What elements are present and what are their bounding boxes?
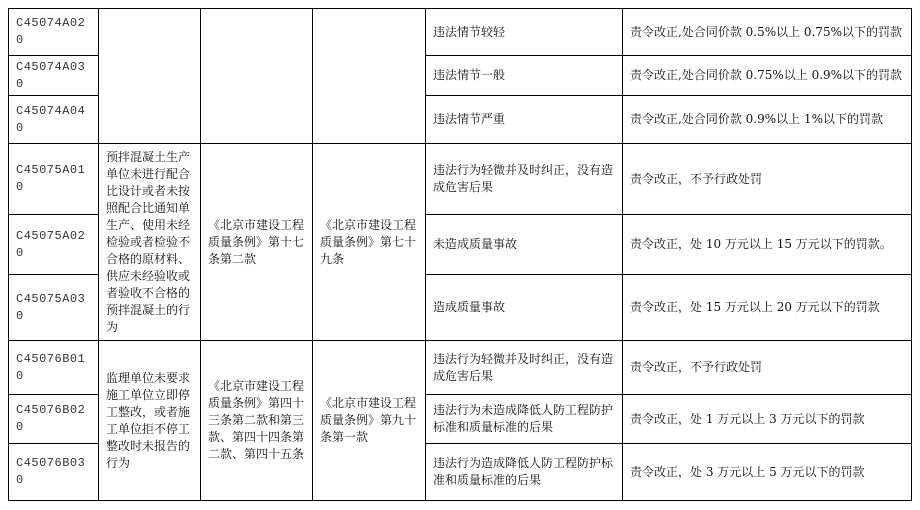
table-row: C45076B010 监理单位未要求施工单位立即停工整改，或者施工单位拒不停工整…: [9, 341, 912, 395]
legal-basis: 《北京市建设工程质量条例》第四十三条第二款和第三款、第四十四条第二款、第四十五条: [201, 341, 313, 501]
item-code: C45074A020: [9, 9, 99, 56]
violation-situation: 未造成质量事故: [426, 215, 623, 275]
violation-situation: 违法情节较轻: [426, 9, 623, 56]
item-code: C45075A030: [9, 275, 99, 341]
penalty-standard: 责令改正,处合同价款 0.9%以上 1%以下的罚款: [623, 96, 912, 144]
table-row: C45075A010 预拌混凝土生产单位未进行配合比设计或者未按照配合比通知单生…: [9, 144, 912, 215]
violation-description: [99, 9, 201, 144]
item-code: C45074A040: [9, 96, 99, 144]
penalty-standards-table: C45074A020 违法情节较轻 责令改正,处合同价款 0.5%以上 0.75…: [8, 8, 912, 501]
penalty-standard: 责令改正，处 1 万元以上 3 万元以下的罚款: [623, 395, 912, 444]
penalty-basis: 《北京市建设工程质量条例》第七十九条: [313, 144, 426, 341]
item-code: C45075A010: [9, 144, 99, 215]
violation-situation: 违法情节严重: [426, 96, 623, 144]
penalty-standard: 责令改正,处合同价款 0.75%以上 0.9%以下的罚款: [623, 56, 912, 96]
legal-basis: [201, 9, 313, 144]
violation-situation: 造成质量事故: [426, 275, 623, 341]
item-code: C45076B020: [9, 395, 99, 444]
penalty-basis: 《北京市建设工程质量条例》第九十条第一款: [313, 341, 426, 501]
item-code: C45076B030: [9, 444, 99, 501]
table-row: C45074A020 违法情节较轻 责令改正,处合同价款 0.5%以上 0.75…: [9, 9, 912, 56]
violation-description: 监理单位未要求施工单位立即停工整改，或者施工单位拒不停工整改时未报告的行为: [99, 341, 201, 501]
penalty-standard: 责令改正，处 10 万元以上 15 万元以下的罚款。: [623, 215, 912, 275]
violation-situation: 违法情节一般: [426, 56, 623, 96]
item-code: C45075A020: [9, 215, 99, 275]
penalty-standard: 责令改正,处合同价款 0.5%以上 0.75%以下的罚款: [623, 9, 912, 56]
penalty-standard: 责令改正，不予行政处罚: [623, 341, 912, 395]
penalty-standard: 责令改正，处 15 万元以上 20 万元以下的罚款: [623, 275, 912, 341]
item-code: C45074A030: [9, 56, 99, 96]
violation-situation: 违法行为未造成降低人防工程防护标准和质量标准的后果: [426, 395, 623, 444]
penalty-basis: [313, 9, 426, 144]
legal-basis: 《北京市建设工程质量条例》第十七条第二款: [201, 144, 313, 341]
violation-situation: 违法行为轻微并及时纠正，没有造成危害后果: [426, 144, 623, 215]
violation-description: 预拌混凝土生产单位未进行配合比设计或者未按照配合比通知单生产、使用未经检验或者检…: [99, 144, 201, 341]
penalty-standard: 责令改正，不予行政处罚: [623, 144, 912, 215]
item-code: C45076B010: [9, 341, 99, 395]
penalty-standard: 责令改正，处 3 万元以上 5 万元以下的罚款: [623, 444, 912, 501]
violation-situation: 违法行为轻微并及时纠正，没有造成危害后果: [426, 341, 623, 395]
violation-situation: 违法行为造成降低人防工程防护标准和质量标准的后果: [426, 444, 623, 501]
